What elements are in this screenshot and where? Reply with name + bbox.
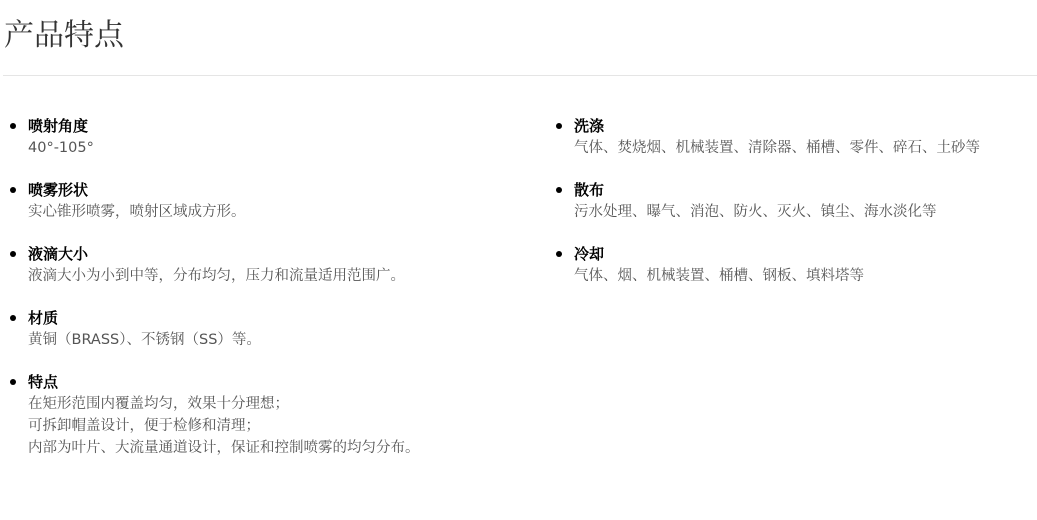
feature-text: 在矩形范围内覆盖均匀，效果十分理想；: [28, 393, 528, 415]
bullet-icon: [10, 123, 16, 129]
bullet-icon: [556, 123, 562, 129]
product-features-page: 产品特点 喷射角度 40°-105° 喷雾形状 实心锥形喷雾，喷射区域成方形。 …: [0, 0, 1037, 520]
feature-heading: 特点: [28, 372, 528, 393]
feature-text: 内部为叶片、大流量通道设计，保证和控制喷雾的均匀分布。: [28, 437, 528, 459]
title-divider: [3, 75, 1037, 76]
feature-item-material: 材质 黄铜（BRASS）、不锈钢（SS）等。: [8, 308, 528, 351]
feature-item-droplet-size: 液滴大小 液滴大小为小到中等，分布均匀，压力和流量适用范围广。: [8, 244, 528, 287]
feature-text: 实心锥形喷雾，喷射区域成方形。: [28, 201, 528, 223]
bullet-icon: [10, 379, 16, 385]
features-list-right: 洗涤 气体、焚烧烟、机械装置、清除器、桶槽、零件、碎石、土砂等 散布 污水处理、…: [554, 116, 1037, 308]
page-title: 产品特点: [4, 16, 124, 56]
bullet-icon: [556, 187, 562, 193]
application-text: 气体、焚烧烟、机械装置、清除器、桶槽、零件、碎石、土砂等: [574, 137, 1037, 159]
feature-text: 液滴大小为小到中等，分布均匀，压力和流量适用范围广。: [28, 265, 528, 287]
application-item-cooling: 冷却 气体、烟、机械装置、桶槽、钢板、填料塔等: [554, 244, 1037, 287]
application-item-washing: 洗涤 气体、焚烧烟、机械装置、清除器、桶槽、零件、碎石、土砂等: [554, 116, 1037, 159]
bullet-icon: [10, 187, 16, 193]
bullet-icon: [10, 315, 16, 321]
feature-text: 黄铜（BRASS）、不锈钢（SS）等。: [28, 329, 528, 351]
feature-heading: 液滴大小: [28, 244, 528, 265]
application-item-dispersing: 散布 污水处理、曝气、消泡、防火、灭火、镇尘、海水淡化等: [554, 180, 1037, 223]
application-text: 气体、烟、机械装置、桶槽、钢板、填料塔等: [574, 265, 1037, 287]
bullet-icon: [556, 251, 562, 257]
application-heading: 洗涤: [574, 116, 1037, 137]
application-text: 污水处理、曝气、消泡、防火、灭火、镇尘、海水淡化等: [574, 201, 1037, 223]
bullet-icon: [10, 251, 16, 257]
features-list-left: 喷射角度 40°-105° 喷雾形状 实心锥形喷雾，喷射区域成方形。 液滴大小 …: [8, 116, 528, 480]
feature-item-spray-shape: 喷雾形状 实心锥形喷雾，喷射区域成方形。: [8, 180, 528, 223]
application-heading: 冷却: [574, 244, 1037, 265]
feature-text: 可拆卸帽盖设计，便于检修和清理；: [28, 415, 528, 437]
feature-heading: 喷射角度: [28, 116, 528, 137]
feature-heading: 喷雾形状: [28, 180, 528, 201]
feature-text: 40°-105°: [28, 137, 528, 159]
feature-item-spray-angle: 喷射角度 40°-105°: [8, 116, 528, 159]
feature-item-characteristics: 特点 在矩形范围内覆盖均匀，效果十分理想； 可拆卸帽盖设计，便于检修和清理； 内…: [8, 372, 528, 459]
feature-heading: 材质: [28, 308, 528, 329]
application-heading: 散布: [574, 180, 1037, 201]
